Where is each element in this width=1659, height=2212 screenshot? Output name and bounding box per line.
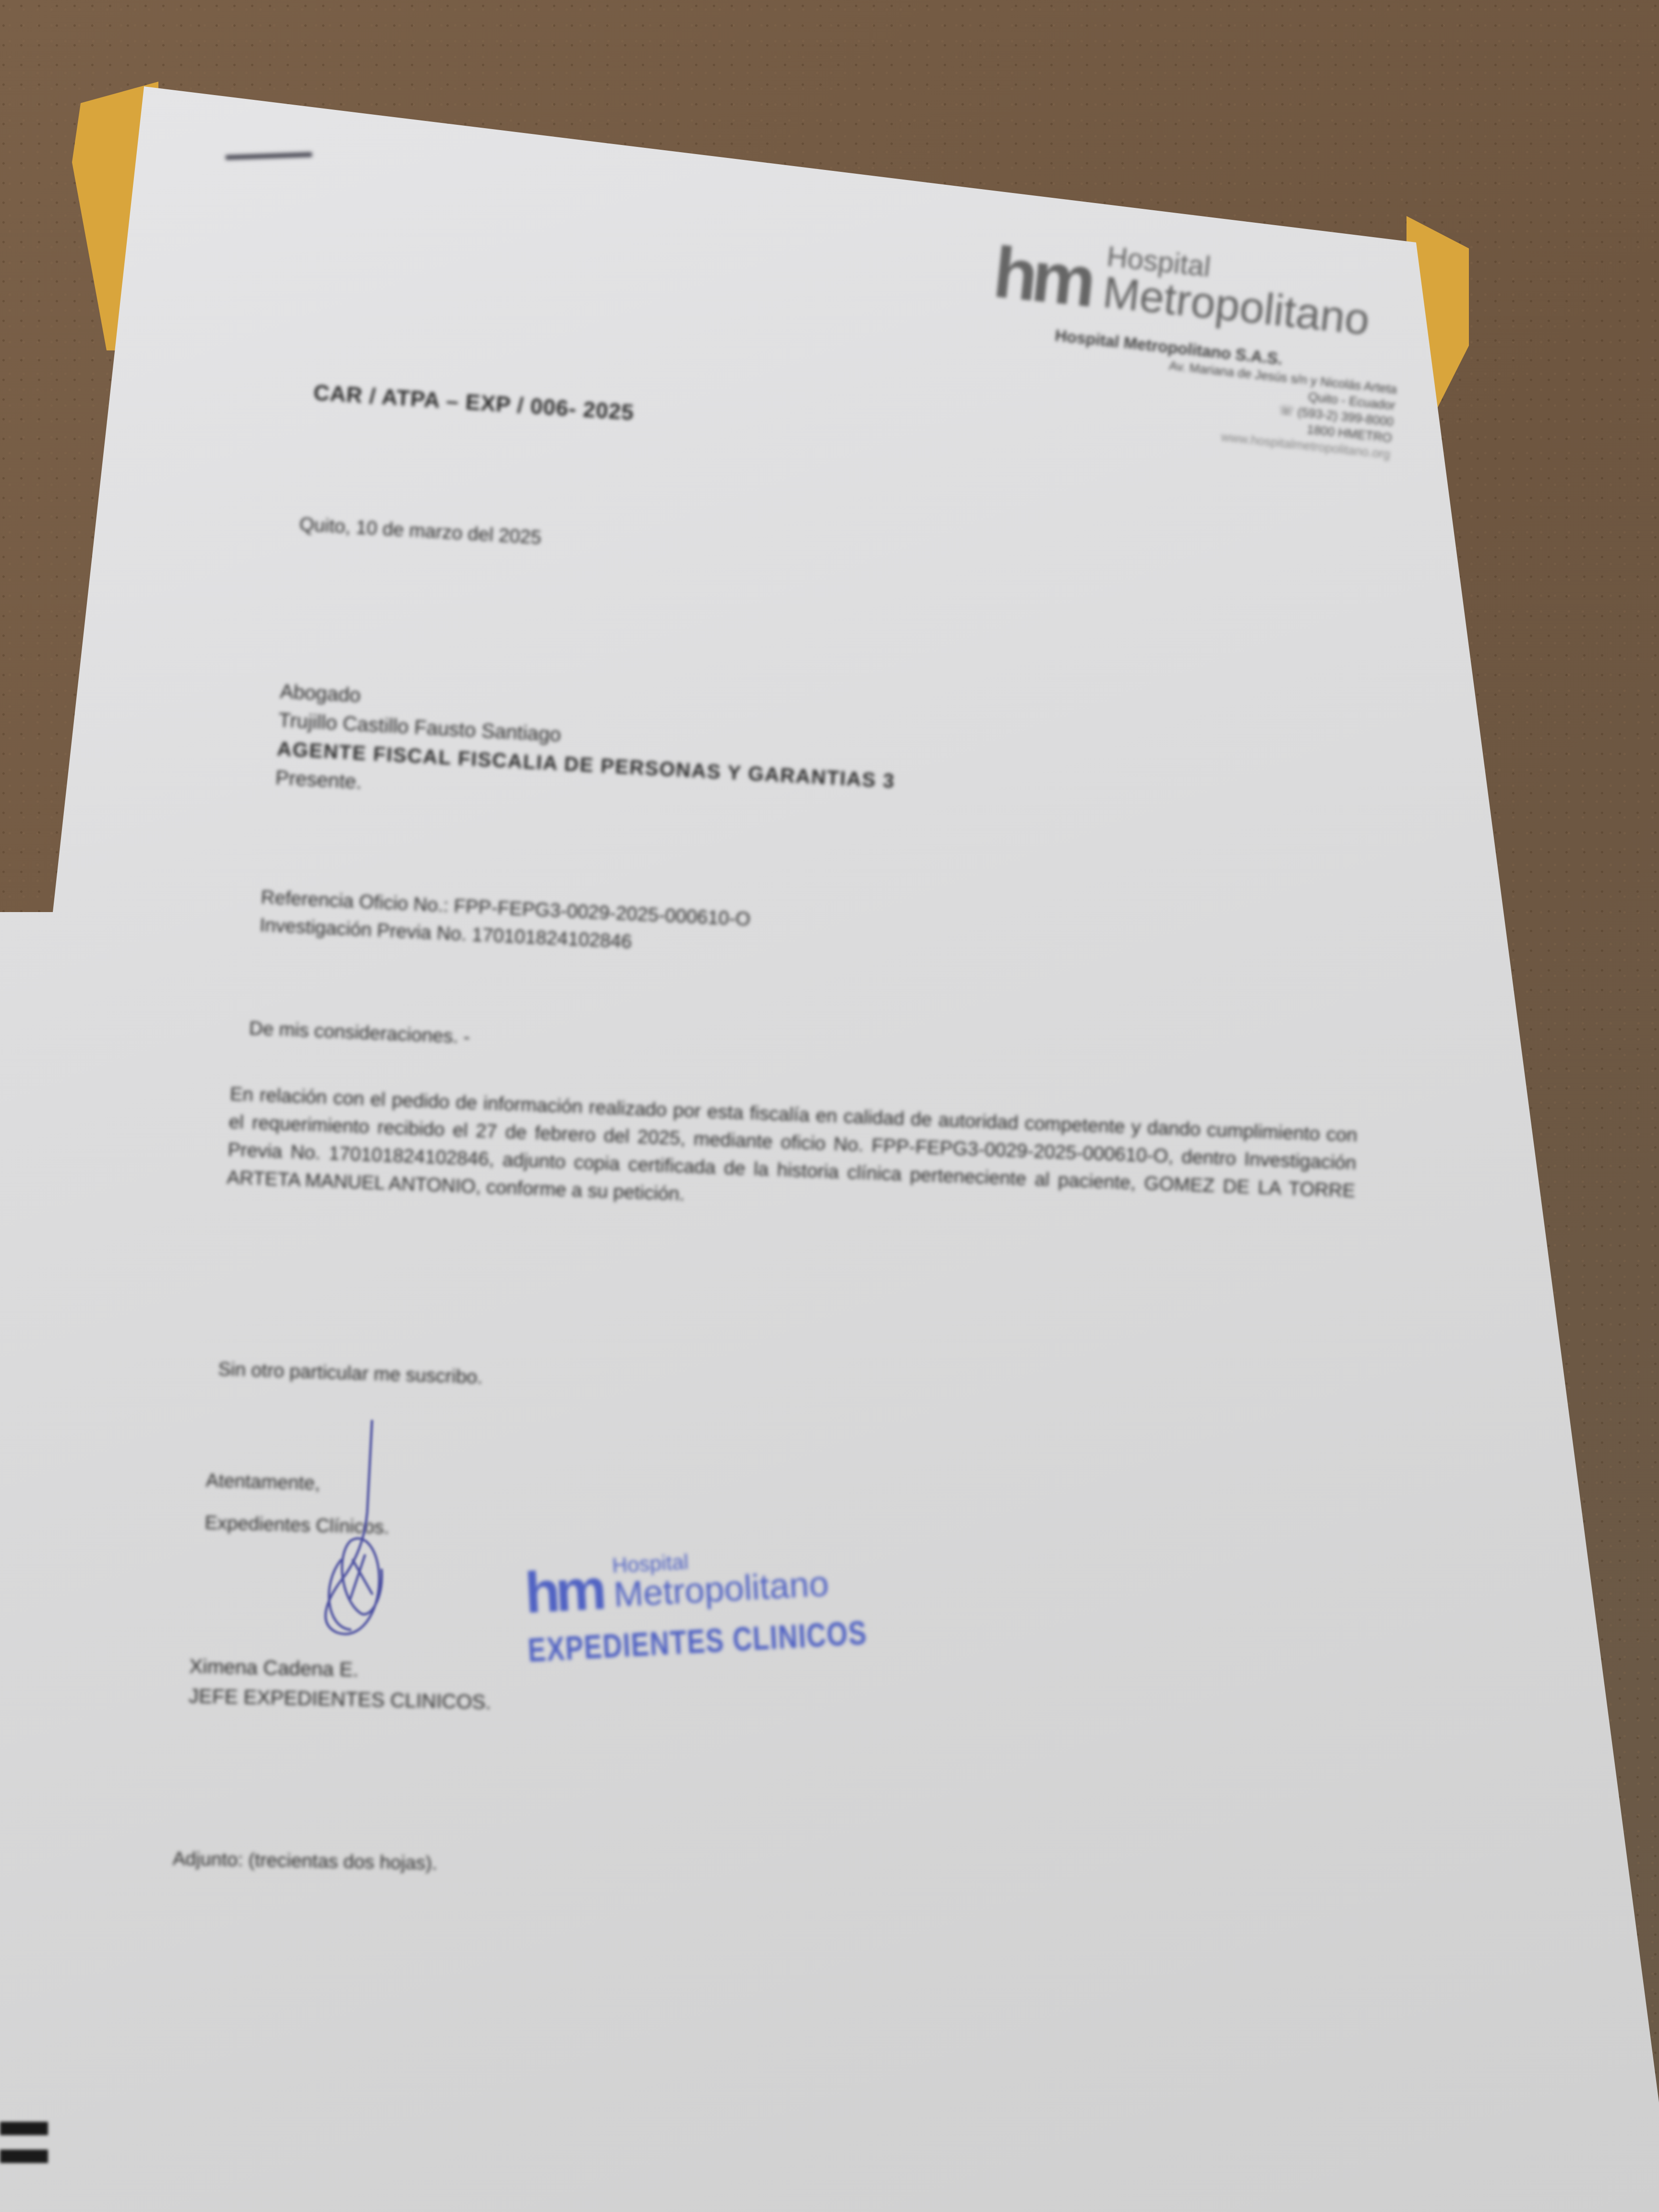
closing-line: Sin otro particular me suscribo. bbox=[218, 1358, 483, 1388]
stamp-hm-logo-icon: hm bbox=[523, 1556, 603, 1626]
reference-block: Referencia Oficio No.: FPP-FEPG3-0029-20… bbox=[259, 883, 751, 961]
greeting: De mis consideraciones. - bbox=[249, 1018, 470, 1048]
signer-block: Ximena Cadena E. JEFE EXPEDIENTES CLINIC… bbox=[188, 1651, 492, 1717]
date-line: Quito, 10 de marzo del 2025 bbox=[299, 514, 541, 549]
letter-body: En relación con el pedido de información… bbox=[226, 1080, 1358, 1233]
pen-mark bbox=[226, 152, 312, 160]
attachment-note: Adjunto: (trecientas dos hojas). bbox=[172, 1848, 437, 1875]
department-stamp: hm Hospital Metropolitano EXPEDIENTES CL… bbox=[523, 1538, 953, 1670]
signer-role: JEFE EXPEDIENTES CLINICOS. bbox=[188, 1681, 491, 1717]
stamp-big-text: Metropolitano bbox=[613, 1565, 830, 1613]
recipient-block: Abogado Trujillo Castillo Fausto Santiag… bbox=[275, 677, 899, 824]
hm-logo-icon: hm bbox=[990, 230, 1094, 323]
phone-icon: ☏ bbox=[1278, 403, 1298, 419]
reference-code: CAR / ATPA – EXP / 006- 2025 bbox=[313, 379, 635, 425]
letter-content: hm Hospital Metropolitano Hospital Metro… bbox=[0, 0, 1659, 2212]
hospital-logo: hm Hospital Metropolitano bbox=[990, 230, 1375, 352]
handwritten-signature-icon bbox=[269, 1416, 422, 1647]
